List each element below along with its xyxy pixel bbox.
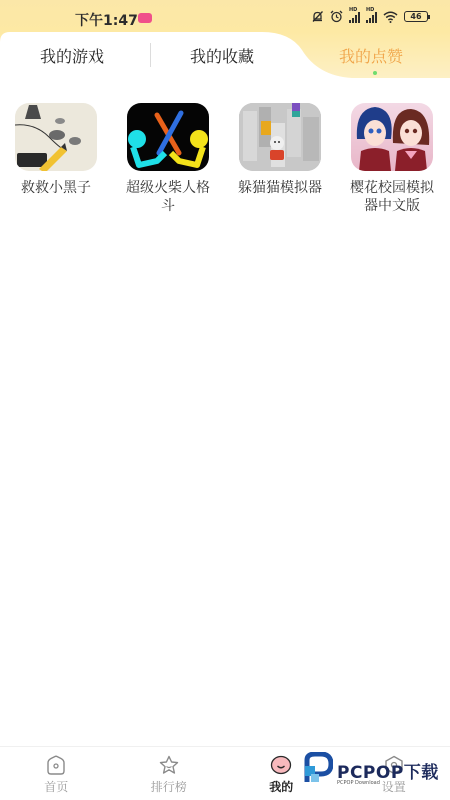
home-icon [45, 755, 67, 775]
active-tab-indicator [373, 71, 377, 75]
hd-signal-icon: HD [349, 11, 360, 23]
wifi-icon [383, 11, 398, 23]
game-grid: 救救小黑子 超级火柴人格斗 [0, 103, 450, 215]
alarm-icon [330, 10, 343, 23]
game-item[interactable]: 超级火柴人格斗 [112, 103, 224, 215]
status-time: 下午1:47 [75, 10, 138, 30]
tab-my-games[interactable]: 我的游戏 [40, 44, 104, 67]
tab-divider [150, 43, 151, 67]
game-name: 救救小黑子 [8, 179, 104, 197]
nav-label: 排行榜 [151, 778, 187, 795]
pcpop-logo-icon [303, 752, 333, 788]
nav-home[interactable]: 首页 [0, 747, 113, 800]
star-icon [158, 755, 180, 775]
game-name: 超级火柴人格斗 [120, 179, 216, 215]
status-icons: HD HD 46 [311, 10, 428, 23]
sakura-school-icon [351, 103, 433, 171]
nav-label: 我的 [269, 778, 293, 795]
game-item[interactable]: 躲猫猫模拟器 [224, 103, 336, 215]
stickman-fight-icon [127, 103, 209, 171]
game-name: 躲猫猫模拟器 [232, 179, 328, 197]
hd-signal-icon: HD [366, 11, 377, 23]
watermark-text: PCPOP下载 [337, 758, 439, 783]
status-bar: 下午1:47 HD HD 46 [0, 0, 450, 32]
game-name: 樱花校园模拟器中文版 [344, 179, 440, 215]
game-item[interactable]: 樱花校园模拟器中文版 [336, 103, 448, 215]
face-icon [270, 755, 292, 775]
watermark-subtext: PCPOP Download [337, 780, 380, 786]
mute-bell-icon [311, 10, 324, 23]
nav-label: 首页 [44, 778, 68, 795]
tab-my-likes[interactable]: 我的点赞 [339, 44, 403, 67]
game-item[interactable]: 救救小黑子 [0, 103, 112, 215]
app-notification-icon [138, 13, 152, 23]
tab-my-favorites[interactable]: 我的收藏 [190, 44, 254, 67]
battery-icon: 46 [404, 11, 428, 22]
screen: 下午1:47 HD HD 46 我的游戏 我的收藏 我的点赞 [0, 0, 450, 800]
hide-seek-icon [239, 103, 321, 171]
rescue-game-icon [15, 103, 97, 171]
watermark: PCPOP下载 PCPOP Download [303, 752, 439, 788]
nav-ranking[interactable]: 排行榜 [113, 747, 226, 800]
